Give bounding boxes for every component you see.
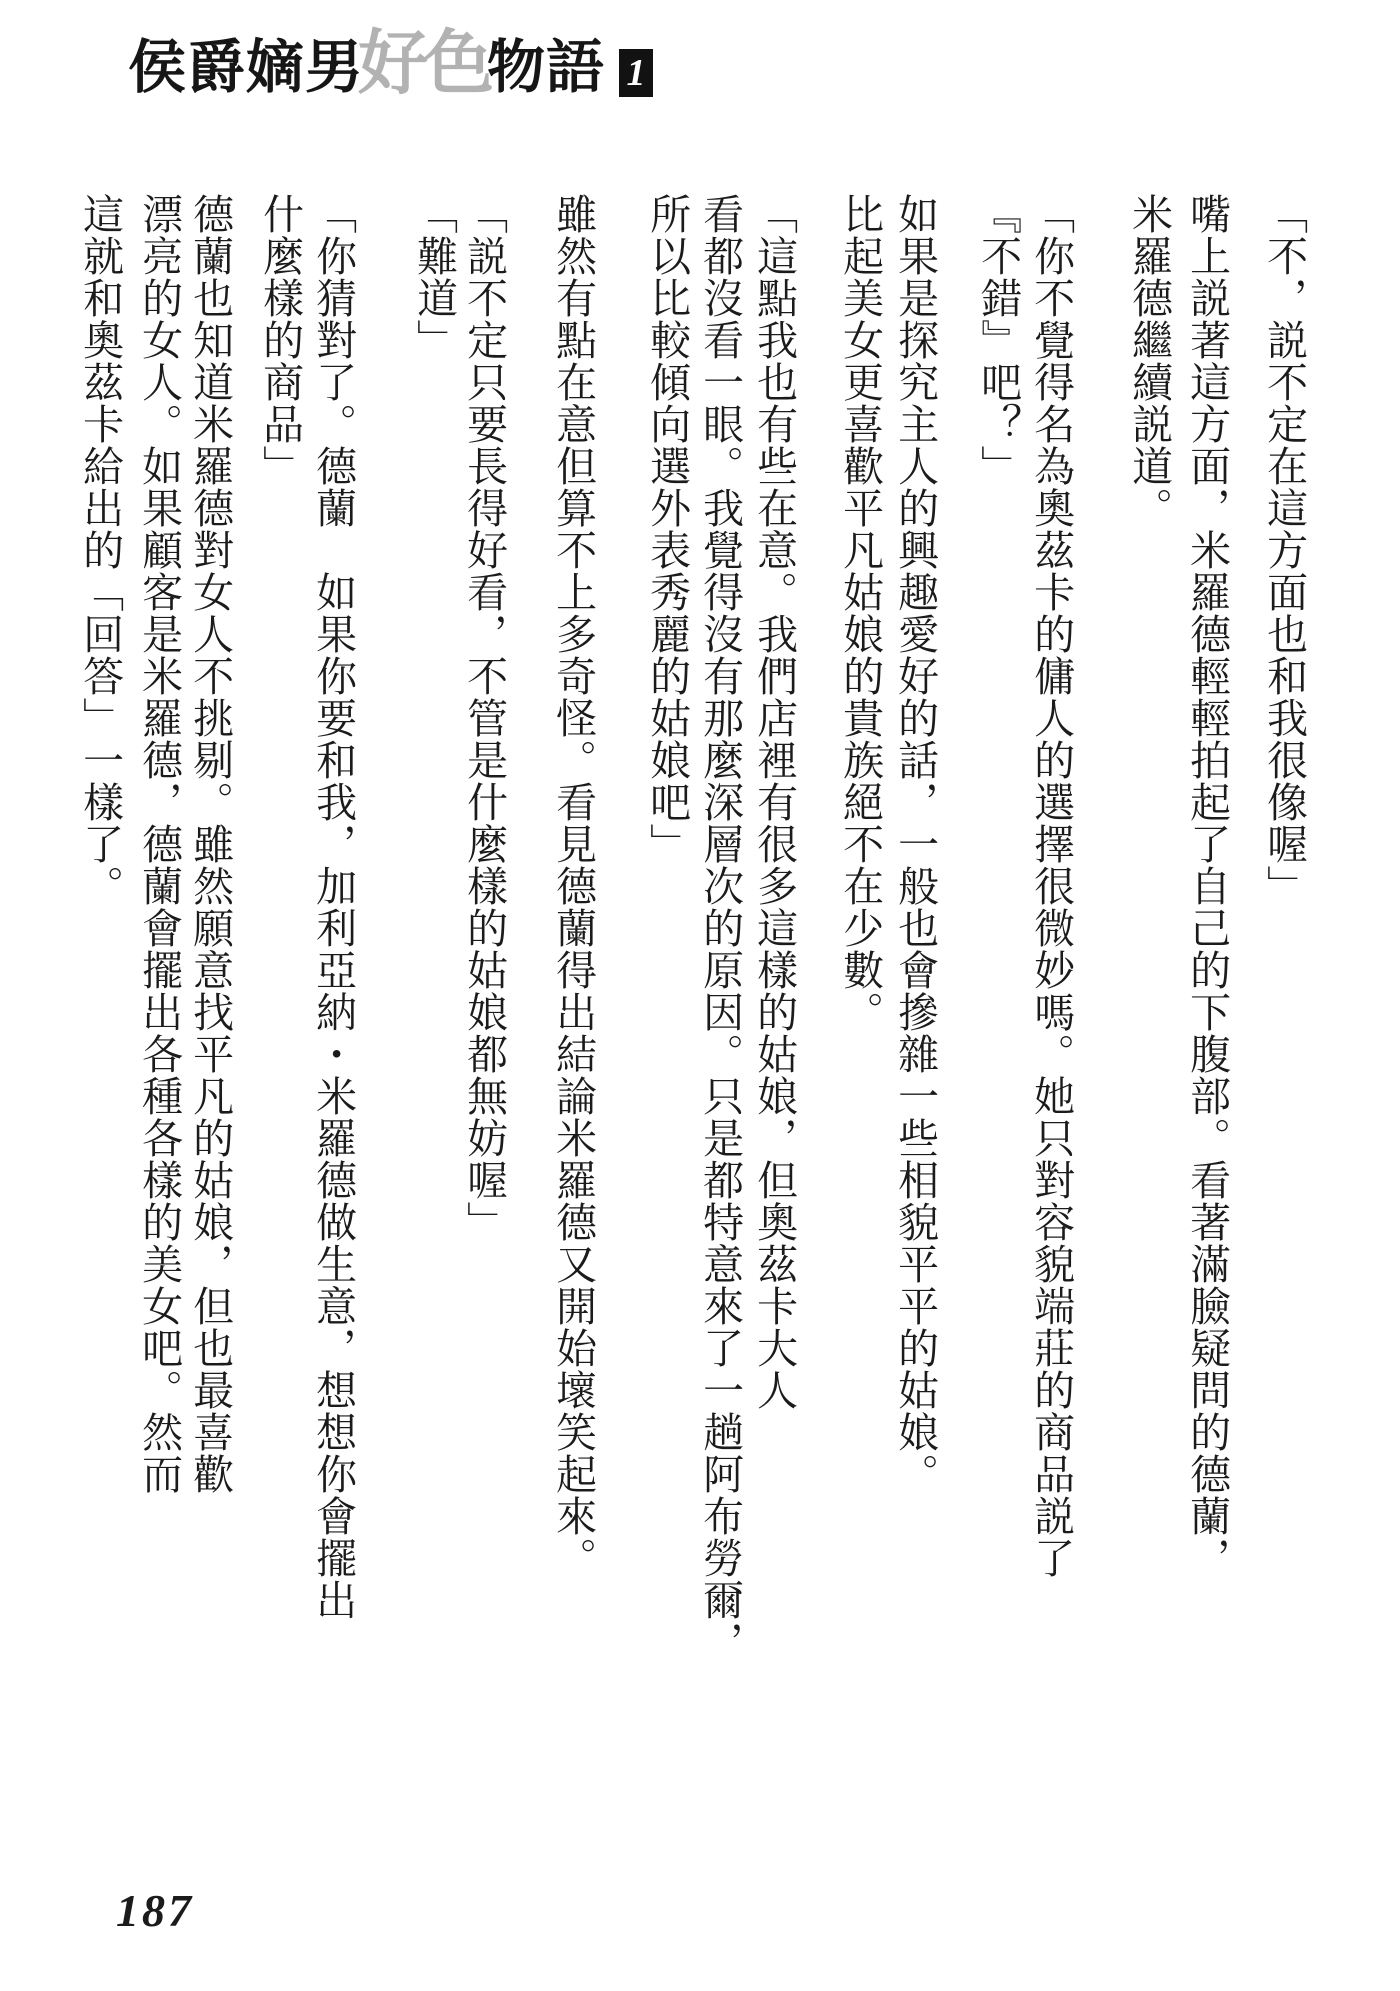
text-column: 漂亮的女人。如果顧客是米羅德，德蘭會擺出各種各樣的美女吧。然而: [136, 193, 181, 1495]
text-column: 德蘭也知道米羅德對女人不挑剔。雖然願意找平凡的姑娘，但也最喜歡: [187, 193, 232, 1495]
book-title-part-2: 物語: [487, 36, 605, 100]
text-column: 如果是探究主人的興趣愛好的話，一般也會摻雜一些相貌平平的姑娘。: [892, 193, 937, 1495]
text-column: 這就和奧茲卡給出的「回答」一樣了。: [77, 193, 122, 907]
text-column: 「難道」: [411, 193, 456, 361]
text-column: 「説不定只要長得好看，不管是什麼樣的姑娘都無妨喔」: [461, 193, 506, 1243]
text-column: 「這點我也有些在意。我們店裡有很多這樣的姑娘，但奧茲卡大人: [751, 193, 796, 1411]
book-title-part-1: 侯爵嫡男: [128, 36, 364, 100]
page-number: 187: [116, 1884, 194, 1937]
text-column: 什麼樣的商品」: [257, 193, 302, 487]
text-column: 看都沒看一眼。我覺得沒有那麼深層次的原因。只是都特意來了一趟阿布勞爾，: [697, 193, 742, 1663]
text-column: 米羅德繼續説道。: [1126, 193, 1171, 529]
text-columns: 「不，説不定在這方面也和我很像喔」嘴上説著這方面，米羅德輕輕拍起了自己的下腹部。…: [0, 0, 1400, 1991]
text-column: 「你猜對了。德蘭 如果你要和我，加利亞納・米羅德做生意，想想你會擺出: [310, 193, 355, 1621]
book-title-accent: 好色: [358, 30, 490, 100]
text-column: 所以比較傾向選外表秀麗的姑娘吧」: [644, 193, 689, 865]
text-column: 『不錯』吧？」: [975, 193, 1020, 487]
text-column: 「你不覺得名為奧茲卡的傭人的選擇很微妙嗎。她只對容貌端莊的商品説了: [1028, 193, 1073, 1579]
text-column: 「不，説不定在這方面也和我很像喔」: [1261, 193, 1306, 907]
text-column: 比起美女更喜歡平凡姑娘的貴族絕不在少數。: [837, 193, 882, 1033]
text-column: 嘴上説著這方面，米羅德輕輕拍起了自己的下腹部。看著滿臉疑問的德蘭，: [1184, 193, 1229, 1579]
book-title: 侯爵嫡男好色物語 1: [128, 30, 653, 100]
text-column: 雖然有點在意但算不上多奇怪。看見德蘭得出結論米羅德又開始壞笑起來。: [550, 193, 595, 1579]
